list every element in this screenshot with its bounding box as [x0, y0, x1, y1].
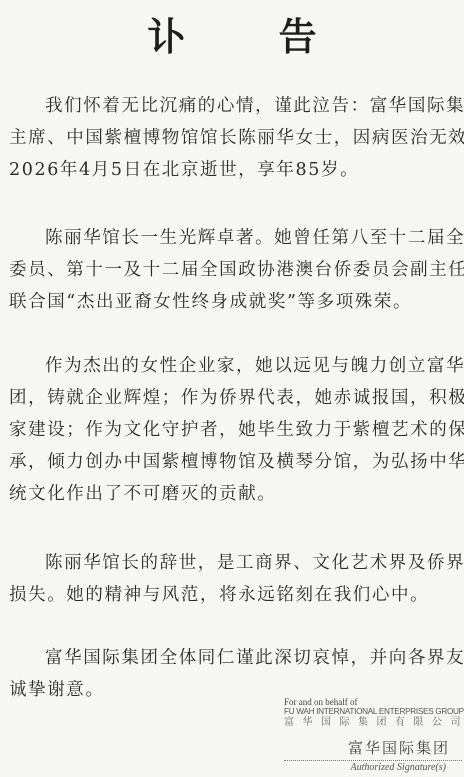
- page-title: 讣 告: [0, 6, 464, 61]
- on-behalf-label: For and on behalf of: [284, 697, 464, 707]
- company-chop: 富华国际集团: [284, 737, 464, 758]
- company-name-en: FU WAH INTERNATIONAL ENTERPRISES GROUP L…: [284, 707, 464, 717]
- signature-block: For and on behalf of FU WAH INTERNATIONA…: [284, 697, 464, 773]
- signature-line: [284, 760, 462, 761]
- paragraph-announcement: 我们怀着无比沉痛的心情，谨此泣告：富华国际集团荣誉 主席、中国紫檀博物馆馆长陈丽…: [9, 90, 449, 186]
- text-line: 2026年4月5日在北京逝世，享年85岁。: [9, 154, 449, 186]
- text-line: 统文化作出了不可磨灭的贡献。: [9, 478, 449, 510]
- text-line: 作为杰出的女性企业家，她以远见与魄力创立富华国际集: [9, 350, 449, 382]
- text-line: 承，倾力创办中国紫檀博物馆及横琴分馆，为弘扬中华优秀传: [9, 446, 449, 478]
- text-line: 委员、第十一及十二届全国政协港澳台侨委员会副主任，荣获: [9, 254, 449, 286]
- text-line: 家建设；作为文化守护者，她毕生致力于紫檀艺术的保护与传: [9, 414, 449, 446]
- paragraph-achievements: 作为杰出的女性企业家，她以远见与魄力创立富华国际集 团，铸就企业辉煌；作为侨界代…: [9, 350, 449, 510]
- text-line: 我们怀着无比沉痛的心情，谨此泣告：富华国际集团荣誉: [9, 90, 449, 122]
- authorized-signature-label: Authorized Signature(s): [284, 762, 464, 773]
- obituary-page: 讣 告 我们怀着无比沉痛的心情，谨此泣告：富华国际集团荣誉 主席、中国紫檀博物馆…: [0, 0, 464, 777]
- paragraph-loss: 陈丽华馆长的辞世，是工商界、文化艺术界及侨界的重大 损失。她的精神与风范，将永远…: [9, 547, 449, 611]
- text-line: 陈丽华馆长一生光辉卓著。她曾任第八至十二届全国政协: [9, 222, 449, 254]
- text-line: 富华国际集团全体同仁谨此深切哀悼，并向各界友人致以: [9, 642, 449, 674]
- text-line: 联合国“杰出亚裔女性终身成就奖”等多项殊荣。: [9, 286, 449, 318]
- text-line: 主席、中国紫檀博物馆馆长陈丽华女士，因病医治无效，于: [9, 122, 449, 154]
- company-name-cn: 富华国际集团有限公司: [284, 717, 464, 729]
- text-line: 损失。她的精神与风范，将永远铭刻在我们心中。: [9, 579, 449, 611]
- text-line: 陈丽华馆长的辞世，是工商界、文化艺术界及侨界的重大: [9, 547, 449, 579]
- text-line: 团，铸就企业辉煌；作为侨界代表，她赤诚报国，积极投身国: [9, 382, 449, 414]
- paragraph-honors: 陈丽华馆长一生光辉卓著。她曾任第八至十二届全国政协 委员、第十一及十二届全国政协…: [9, 222, 449, 318]
